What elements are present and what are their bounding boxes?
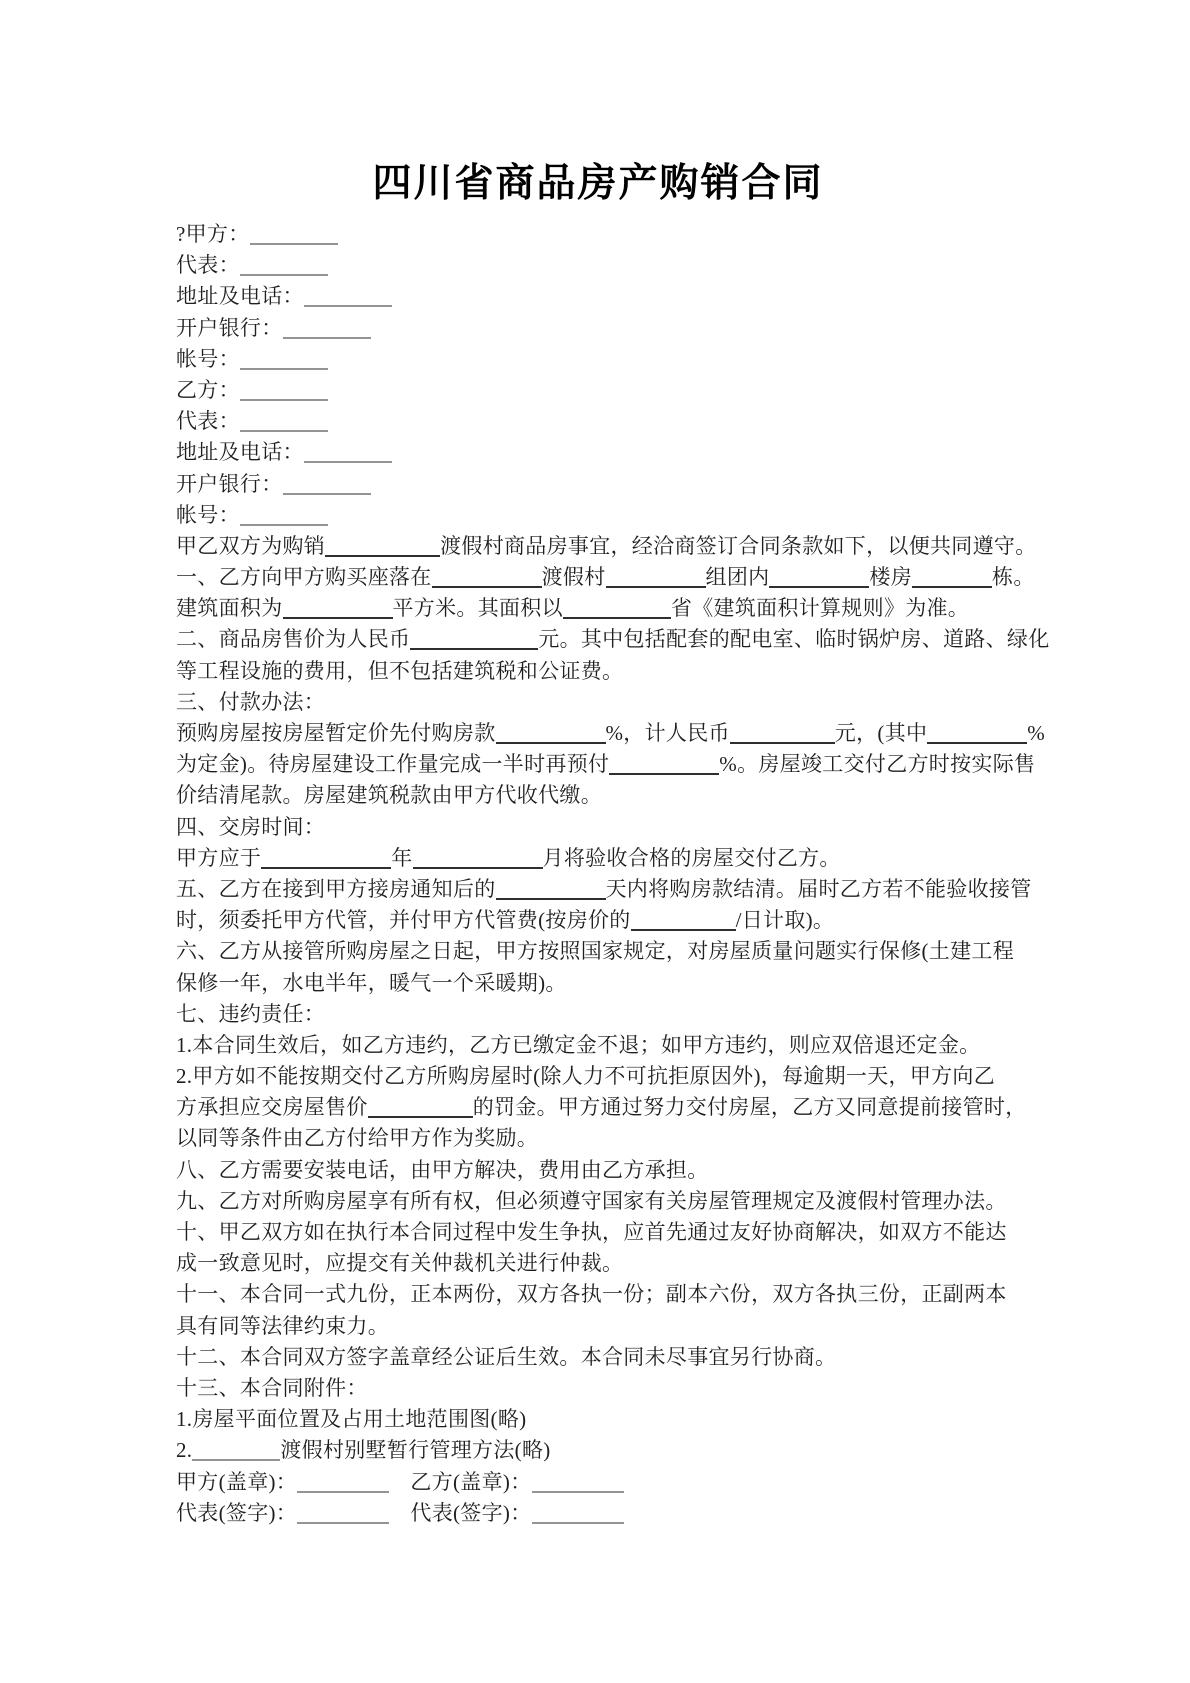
party-b-representative: 代表： <box>176 406 1036 437</box>
document-page: 四川省商品房产购销合同 ?甲方：代表：地址及电话：开户银行：帐号：乙方：代表：地… <box>0 0 1190 1683</box>
text-run: 十一、本合同一式九份，正本两份，双方各执一份；副本六份，双方各执三份，正副两本 <box>176 1282 1007 1306</box>
text-run: 2.甲方如不能按期交付乙方所购房屋时(除人力不可抗拒原因外)，每逾期一天，甲方向… <box>176 1064 995 1088</box>
party-b-account: 帐号： <box>176 500 1036 531</box>
party-b-label: 乙方： <box>176 375 1036 406</box>
text-run: 价结清尾款。房屋建筑税款由甲方代收代缴。 <box>176 783 602 807</box>
text-run: 乙方(盖章)： <box>410 1470 531 1494</box>
fill-in-blank <box>192 1439 280 1461</box>
text-run: 平方米。其面积以 <box>393 596 563 620</box>
fill-in-blank <box>769 566 869 588</box>
text-run: 以同等条件由乙方付给甲方作为奖励。 <box>176 1126 538 1150</box>
party-b-address-phone: 地址及电话： <box>176 437 1036 468</box>
text-run: 乙方： <box>176 378 240 402</box>
clause-3-heading: 三、付款办法： <box>176 687 1036 718</box>
text-run: /日计取)。 <box>736 908 835 932</box>
fill-in-blank <box>532 1502 624 1524</box>
contract-body: ?甲方：代表：地址及电话：开户银行：帐号：乙方：代表：地址及电话：开户银行：帐号… <box>176 219 1036 1529</box>
text-run: 五、乙方在接到甲方接房通知后的 <box>176 877 496 901</box>
clause-2-line-1: 二、商品房售价为人民币元。其中包括配套的配电室、临时锅炉房、道路、绿化 <box>176 624 1036 655</box>
party-a-representative: 代表： <box>176 250 1036 281</box>
fill-in-blank <box>304 441 392 463</box>
text-run <box>389 1470 410 1494</box>
fill-in-blank <box>631 909 736 931</box>
fill-in-blank <box>240 504 328 526</box>
clause-7-item-1: 1.本合同生效后，如乙方违约，乙方已缴定金不退；如甲方违约，则应双倍退还定金。 <box>176 1030 1036 1061</box>
party-a-address-phone: 地址及电话： <box>176 281 1036 312</box>
fill-in-blank <box>496 722 606 744</box>
clause-10-line-2: 成一致意见时，应提交有关仲裁机关进行仲裁。 <box>176 1248 1036 1279</box>
attachment-1: 1.房屋平面位置及占用土地范围图(略) <box>176 1404 1036 1435</box>
clause-13-heading: 十三、本合同附件： <box>176 1373 1036 1404</box>
clause-6-line-2: 保修一年，水电半年，暖气一个采暖期)。 <box>176 968 1036 999</box>
text-run: 开户银行： <box>176 472 283 496</box>
text-run: 七、违约责任： <box>176 1002 325 1026</box>
fill-in-blank <box>240 254 328 276</box>
text-run: %。房屋竣工交付乙方时按实际售 <box>719 752 1035 776</box>
fill-in-blank <box>297 1471 389 1493</box>
clause-4-line-1: 甲方应于年月将验收合格的房屋交付乙方。 <box>176 843 1036 874</box>
clause-9: 九、乙方对所购房屋享有所有权，但必须遵守国家有关房屋管理规定及渡假村管理办法。 <box>176 1186 1036 1217</box>
fill-in-blank <box>261 847 391 869</box>
text-run: 代表(签字)： <box>410 1501 531 1525</box>
text-run: 1.房屋平面位置及占用土地范围图(略) <box>176 1407 526 1431</box>
party-a-bank: 开户银行： <box>176 313 1036 344</box>
fill-in-blank <box>297 1502 389 1524</box>
text-run: 渡假村商品房事宜，经洽商签订合同条款如下，以便共同遵守。 <box>440 534 1036 558</box>
fill-in-blank <box>927 722 1027 744</box>
text-run: 年 <box>391 846 412 870</box>
preamble: 甲乙双方为购销渡假村商品房事宜，经洽商签订合同条款如下，以便共同遵守。 <box>176 531 1036 562</box>
text-run: 地址及电话： <box>176 284 304 308</box>
text-run: 元。其中包括配套的配电室、临时锅炉房、道路、绿化 <box>538 627 1049 651</box>
text-run: 十、甲乙双方如在执行本合同过程中发生争执，应首先通过友好协商解决，如双方不能达 <box>176 1220 1007 1244</box>
clause-11-line-2: 具有同等法律约束力。 <box>176 1311 1036 1342</box>
text-run: 省《建筑面积计算规则》为准。 <box>671 596 969 620</box>
text-run: 1.本合同生效后，如乙方违约，乙方已缴定金不退；如甲方违约，则应双倍退还定金。 <box>176 1033 980 1057</box>
text-run: 十二、本合同双方签字盖章经公证后生效。本合同未尽事宜另行协商。 <box>176 1345 836 1369</box>
attachment-2: 2.渡假村别墅暂行管理方法(略) <box>176 1435 1036 1466</box>
clause-7-item-2-line-1: 2.甲方如不能按期交付乙方所购房屋时(除人力不可抗拒原因外)，每逾期一天，甲方向… <box>176 1061 1036 1092</box>
text-run: 二、商品房售价为人民币 <box>176 627 410 651</box>
text-run: 具有同等法律约束力。 <box>176 1314 389 1338</box>
fill-in-blank <box>368 1096 473 1118</box>
clause-7-item-2-line-2: 方承担应交房屋售价的罚金。甲方通过努力交付房屋，乙方又同意提前接管时， <box>176 1092 1036 1123</box>
text-run: 为定金)。待房屋建设工作量完成一半时再预付 <box>176 752 609 776</box>
fill-in-blank <box>413 847 543 869</box>
text-run: 成一致意见时，应提交有关仲裁机关进行仲裁。 <box>176 1251 623 1275</box>
fill-in-blank <box>410 628 538 650</box>
text-run: 三、付款办法： <box>176 690 325 714</box>
text-run: 元，(其中 <box>835 721 928 745</box>
clause-4-heading: 四、交房时间： <box>176 812 1036 843</box>
fill-in-blank <box>240 348 328 370</box>
text-run: 十三、本合同附件： <box>176 1376 368 1400</box>
fill-in-blank <box>532 1471 624 1493</box>
fill-in-blank <box>283 473 371 495</box>
text-run <box>389 1501 410 1525</box>
text-run: 2. <box>176 1438 192 1462</box>
fill-in-blank <box>283 317 371 339</box>
text-run: 天内将购房款结清。届时乙方若不能验收接管 <box>606 877 1032 901</box>
text-run: 时，须委托甲方代管，并付甲方代管费(按房价的 <box>176 908 631 932</box>
clause-1-line-2: 建筑面积为平方米。其面积以省《建筑面积计算规则》为准。 <box>176 593 1036 624</box>
text-run: 八、乙方需要安装电话，由甲方解决，费用由乙方承担。 <box>176 1158 709 1182</box>
text-run: 建筑面积为 <box>176 596 283 620</box>
text-run: 渡假村 <box>542 565 606 589</box>
text-run: 栋。 <box>992 565 1035 589</box>
clause-3-line-1: 预购房屋按房屋暂定价先付购房款%，计人民币元，(其中% <box>176 718 1036 749</box>
fill-in-blank <box>325 535 440 557</box>
fill-in-blank <box>609 753 719 775</box>
text-run: 代表： <box>176 253 240 277</box>
fill-in-blank <box>563 597 671 619</box>
clause-5-line-1: 五、乙方在接到甲方接房通知后的天内将购房款结清。届时乙方若不能验收接管 <box>176 874 1036 905</box>
text-run: 代表： <box>176 409 240 433</box>
text-run: 甲乙双方为购销 <box>176 534 325 558</box>
text-run: 楼房 <box>869 565 912 589</box>
text-run: 帐号： <box>176 347 240 371</box>
fill-in-blank <box>912 566 992 588</box>
fill-in-blank <box>496 878 606 900</box>
text-run: 渡假村别墅暂行管理方法(略) <box>280 1438 550 1462</box>
clause-8: 八、乙方需要安装电话，由甲方解决，费用由乙方承担。 <box>176 1155 1036 1186</box>
text-run: 一、乙方向甲方购买座落在 <box>176 565 432 589</box>
fill-in-blank <box>240 410 328 432</box>
text-run: ?甲方： <box>176 222 250 246</box>
clause-10-line-1: 十、甲乙双方如在执行本合同过程中发生争执，应首先通过友好协商解决，如双方不能达 <box>176 1217 1036 1248</box>
text-run: 等工程设施的费用，但不包括建筑税和公证费。 <box>176 659 623 683</box>
text-run: 组团内 <box>706 565 770 589</box>
fill-in-blank <box>250 223 338 245</box>
clause-3-line-3: 价结清尾款。房屋建筑税款由甲方代收代缴。 <box>176 780 1036 811</box>
text-run: 预购房屋按房屋暂定价先付购房款 <box>176 721 496 745</box>
party-a-account: 帐号： <box>176 344 1036 375</box>
clause-11-line-1: 十一、本合同一式九份，正本两份，双方各执一份；副本六份，双方各执三份，正副两本 <box>176 1279 1036 1310</box>
text-run: 代表(签字)： <box>176 1501 297 1525</box>
clause-7-item-2-line-3: 以同等条件由乙方付给甲方作为奖励。 <box>176 1123 1036 1154</box>
text-run: 开户银行： <box>176 316 283 340</box>
fill-in-blank <box>304 285 392 307</box>
party-a-label: ?甲方： <box>176 219 1036 250</box>
fill-in-blank <box>283 597 393 619</box>
text-run: 甲方应于 <box>176 846 261 870</box>
text-run: % <box>1027 721 1045 745</box>
text-run: 六、乙方从接管所购房屋之日起，甲方按照国家规定，对房屋质量问题实行保修(土建工程 <box>176 939 1014 963</box>
party-b-bank: 开户银行： <box>176 469 1036 500</box>
signature-seal-row: 甲方(盖章)： 乙方(盖章)： <box>176 1467 1036 1498</box>
clause-6-line-1: 六、乙方从接管所购房屋之日起，甲方按照国家规定，对房屋质量问题实行保修(土建工程 <box>176 936 1036 967</box>
fill-in-blank <box>730 722 835 744</box>
clause-2-line-2: 等工程设施的费用，但不包括建筑税和公证费。 <box>176 656 1036 687</box>
text-run: 地址及电话： <box>176 440 304 464</box>
text-run: 的罚金。甲方通过努力交付房屋，乙方又同意提前接管时， <box>473 1095 1027 1119</box>
text-run: 四、交房时间： <box>176 815 325 839</box>
clause-3-line-2: 为定金)。待房屋建设工作量完成一半时再预付%。房屋竣工交付乙方时按实际售 <box>176 749 1036 780</box>
clause-7-heading: 七、违约责任： <box>176 999 1036 1030</box>
document-title: 四川省商品房产购销合同 <box>170 160 1026 207</box>
text-run: %，计人民币 <box>606 721 730 745</box>
text-run: 甲方(盖章)： <box>176 1470 297 1494</box>
text-run: 保修一年，水电半年，暖气一个采暖期)。 <box>176 971 567 995</box>
clause-5-line-2: 时，须委托甲方代管，并付甲方代管费(按房价的/日计取)。 <box>176 905 1036 936</box>
clause-1-line-1: 一、乙方向甲方购买座落在渡假村组团内楼房栋。 <box>176 562 1036 593</box>
clause-12: 十二、本合同双方签字盖章经公证后生效。本合同未尽事宜另行协商。 <box>176 1342 1036 1373</box>
fill-in-blank <box>606 566 706 588</box>
signature-sign-row: 代表(签字)： 代表(签字)： <box>176 1498 1036 1529</box>
fill-in-blank <box>240 379 328 401</box>
fill-in-blank <box>432 566 542 588</box>
text-run: 月将验收合格的房屋交付乙方。 <box>543 846 841 870</box>
text-run: 方承担应交房屋售价 <box>176 1095 368 1119</box>
text-run: 九、乙方对所购房屋享有所有权，但必须遵守国家有关房屋管理规定及渡假村管理办法。 <box>176 1189 1007 1213</box>
text-run: 帐号： <box>176 503 240 527</box>
